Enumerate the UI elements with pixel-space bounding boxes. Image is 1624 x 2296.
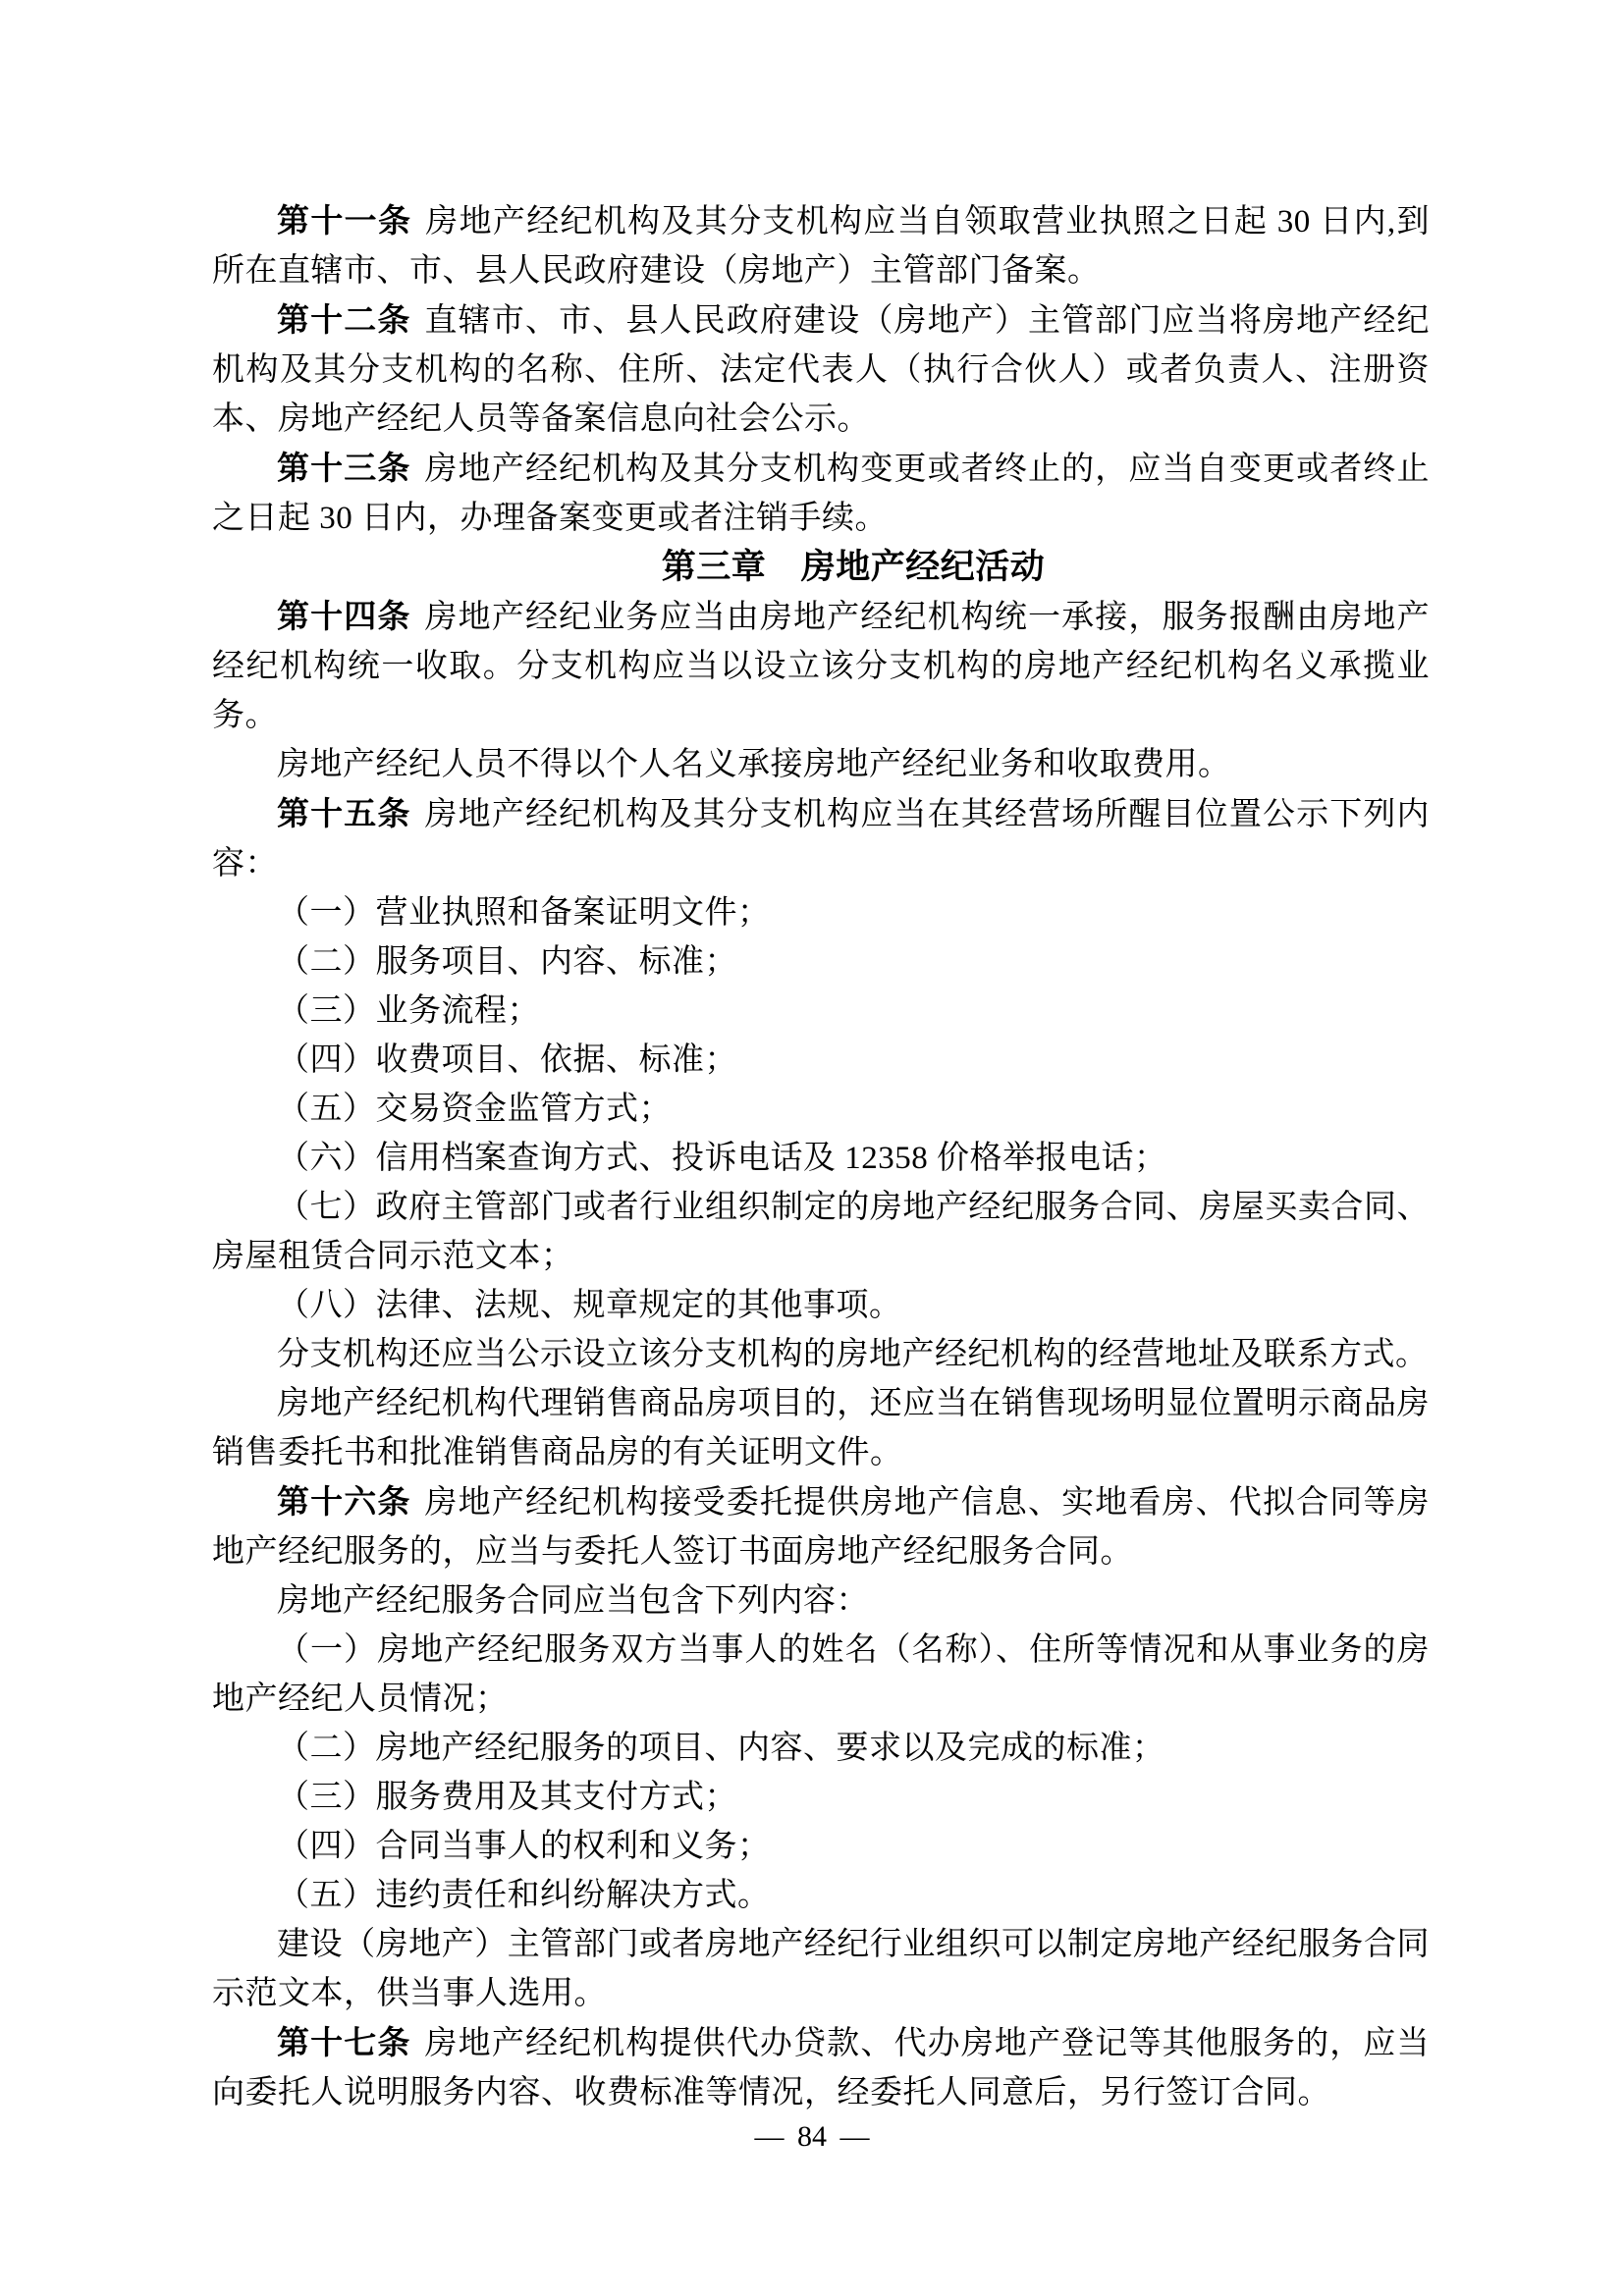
paragraph-text: （八）法律、法规、规章规定的其他事项。 (277, 1288, 902, 1323)
article-number: 第十二条 (277, 301, 411, 338)
paragraph-text: 第三章 房地产经纪活动 (662, 548, 1046, 586)
paragraph-text: （四）收费项目、依据、标准； (277, 1042, 737, 1078)
paragraph: 第十六条房地产经纪机构接受委托提供房地产信息、实地看房、代拟合同等房地产经纪服务… (212, 1477, 1430, 1576)
paragraph-text: 房地产经纪服务合同应当包含下列内容： (277, 1583, 869, 1619)
paragraph-text: （三）服务费用及其支付方式； (277, 1780, 737, 1815)
paragraph-text: （二）房地产经纪服务的项目、内容、要求以及完成的标准； (277, 1731, 1165, 1766)
paragraph: （五）违约责任和纠纷解决方式。 (212, 1871, 1430, 1920)
article-number: 第十七条 (277, 2024, 411, 2060)
paragraph-text: （一）营业执照和备案证明文件； (277, 895, 771, 931)
paragraph: （二）房地产经纪服务的项目、内容、要求以及完成的标准； (212, 1724, 1430, 1773)
paragraph-text: 房地产经纪人员不得以个人名义承接房地产经纪业务和收取费用。 (277, 747, 1231, 782)
paragraph: 房地产经纪人员不得以个人名义承接房地产经纪业务和收取费用。 (212, 740, 1430, 789)
paragraph-text: （五）违约责任和纠纷解决方式。 (277, 1878, 771, 1913)
paragraph: 建设（房地产）主管部门或者房地产经纪行业组织可以制定房地产经纪服务合同示范文本，… (212, 1920, 1430, 2018)
paragraph: 房地产经纪机构代理销售商品房项目的，还应当在销售现场明显位置明示商品房销售委托书… (212, 1379, 1430, 1477)
paragraph-text: （二）服务项目、内容、标准； (277, 944, 737, 980)
paragraph: （七）政府主管部门或者行业组织制定的房地产经纪服务合同、房屋买卖合同、房屋租赁合… (212, 1183, 1430, 1281)
paragraph: （一）营业执照和备案证明文件； (212, 888, 1430, 937)
paragraph-text: 建设（房地产）主管部门或者房地产经纪行业组织可以制定房地产经纪服务合同示范文本，… (212, 1927, 1430, 2011)
paragraph: 第十二条直辖市、市、县人民政府建设（房地产）主管部门应当将房地产经纪机构及其分支… (212, 295, 1430, 444)
article-number: 第十一条 (277, 202, 411, 239)
paragraph: 房地产经纪服务合同应当包含下列内容： (212, 1576, 1430, 1626)
paragraph: （一）房地产经纪服务双方当事人的姓名（名称）、住所等情况和从事业务的房地产经纪人… (212, 1626, 1430, 1724)
paragraph: （八）法律、法规、规章规定的其他事项。 (212, 1281, 1430, 1330)
paragraph: （三）服务费用及其支付方式； (212, 1773, 1430, 1822)
paragraph: 第十五条房地产经纪机构及其分支机构应当在其经营场所醒目位置公示下列内容： (212, 789, 1430, 888)
paragraph: （三）业务流程； (212, 987, 1430, 1036)
paragraph-text: （七）政府主管部门或者行业组织制定的房地产经纪服务合同、房屋买卖合同、房屋租赁合… (212, 1190, 1430, 1274)
document-page: 第十一条房地产经纪机构及其分支机构应当自领取营业执照之日起 30 日内,到所在直… (0, 0, 1624, 2296)
paragraph: 第十一条房地产经纪机构及其分支机构应当自领取营业执照之日起 30 日内,到所在直… (212, 196, 1430, 295)
paragraph: 第十七条房地产经纪机构提供代办贷款、代办房地产登记等其他服务的，应当向委托人说明… (212, 2018, 1430, 2117)
page-number: — 84 — (0, 2120, 1624, 2154)
paragraph-text: （四）合同当事人的权利和义务； (277, 1829, 771, 1864)
paragraph: （四）收费项目、依据、标准； (212, 1036, 1430, 1085)
paragraph: （四）合同当事人的权利和义务； (212, 1822, 1430, 1871)
paragraph-text: 分支机构还应当公示设立该分支机构的房地产经纪机构的经营地址及联系方式。 (277, 1337, 1429, 1372)
article-number: 第十六条 (277, 1483, 411, 1520)
document-body: 第十一条房地产经纪机构及其分支机构应当自领取营业执照之日起 30 日内,到所在直… (212, 196, 1430, 2117)
paragraph-text: （一）房地产经纪服务双方当事人的姓名（名称）、住所等情况和从事业务的房地产经纪人… (212, 1632, 1430, 1717)
article-number: 第十三条 (277, 450, 411, 486)
paragraph-text: （三）业务流程； (277, 993, 540, 1029)
paragraph: 第十四条房地产经纪业务应当由房地产经纪机构统一承接，服务报酬由房地产经纪机构统一… (212, 592, 1430, 740)
article-number: 第十五条 (277, 795, 411, 831)
paragraph: （二）服务项目、内容、标准； (212, 937, 1430, 987)
paragraph: （六）信用档案查询方式、投诉电话及 12358 价格举报电话； (212, 1134, 1430, 1183)
paragraph-text: 房地产经纪机构代理销售商品房项目的，还应当在销售现场明显位置明示商品房销售委托书… (212, 1386, 1430, 1470)
paragraph-text: （五）交易资金监管方式； (277, 1092, 672, 1127)
chapter-heading: 第三章 房地产经纪活动 (212, 543, 1430, 592)
paragraph: （五）交易资金监管方式； (212, 1085, 1430, 1134)
paragraph-text: （六）信用档案查询方式、投诉电话及 12358 价格举报电话； (277, 1141, 1167, 1176)
paragraph: 分支机构还应当公示设立该分支机构的房地产经纪机构的经营地址及联系方式。 (212, 1330, 1430, 1379)
article-number: 第十四条 (277, 598, 411, 634)
paragraph: 第十三条房地产经纪机构及其分支机构变更或者终止的，应当自变更或者终止之日起 30… (212, 444, 1430, 543)
